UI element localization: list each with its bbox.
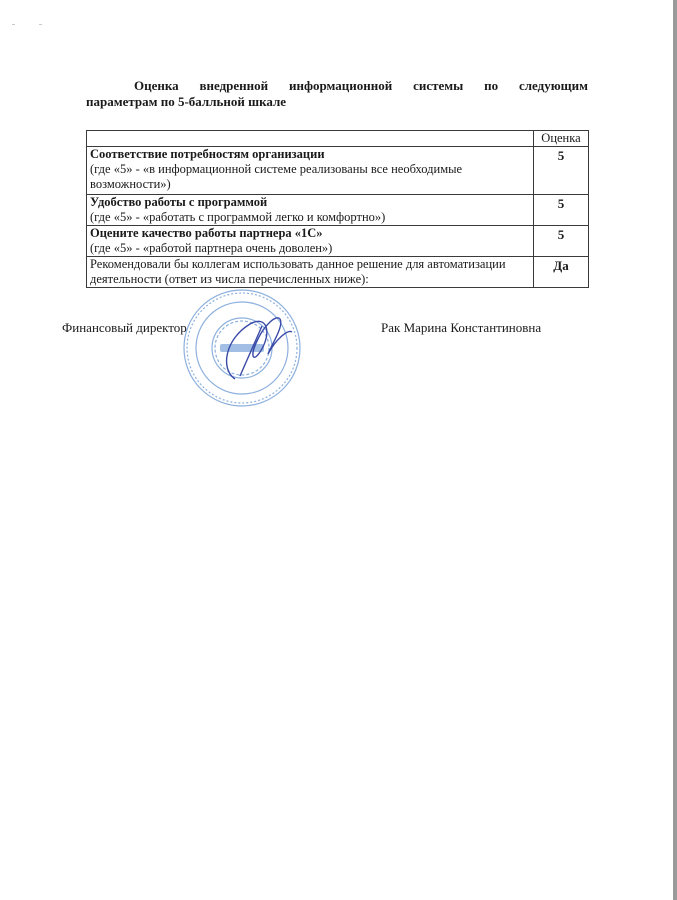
criterion-title: Удобство работы с программой [90, 195, 530, 210]
title-word: по [484, 78, 498, 94]
score-cell: 5 [534, 226, 589, 257]
score-cell: Да [534, 257, 589, 288]
rating-table: Оценка Соответствие потребностям организ… [86, 130, 589, 288]
criterion-title: Соответствие потребностям организации [90, 147, 530, 162]
table-row: Рекомендовали бы коллегам использовать д… [87, 257, 589, 288]
company-stamp-icon [180, 284, 310, 412]
table-header-row: Оценка [87, 131, 589, 147]
document-title: Оценка внедренной информационной системы… [86, 78, 588, 110]
criterion-cell: Соответствие потребностям организации (г… [87, 147, 534, 195]
criterion-cell: Рекомендовали бы коллегам использовать д… [87, 257, 534, 288]
header-score-cell: Оценка [534, 131, 589, 147]
criterion-cell: Оцените качество работы партнера «1С» (г… [87, 226, 534, 257]
title-word: Оценка [134, 78, 179, 94]
title-line-1: Оценка внедренной информационной системы… [86, 78, 588, 94]
criterion-description: (где «5» - «в информационной системе реа… [90, 162, 530, 192]
table-row: Оцените качество работы партнера «1С» (г… [87, 226, 589, 257]
title-line-2: параметрам по 5-балльной шкале [86, 94, 588, 110]
criterion-title: Оцените качество работы партнера «1С» [90, 226, 530, 241]
criterion-description: (где «5» - «работой партнера очень довол… [90, 241, 530, 256]
title-word: информационной [289, 78, 392, 94]
title-word: системы [413, 78, 463, 94]
page-edge [673, 0, 677, 900]
signatory-role: Финансовый директор [62, 320, 187, 336]
title-word: внедренной [200, 78, 269, 94]
signatory-name: Рак Марина Константиновна [381, 320, 541, 336]
table-row: Удобство работы с программой (где «5» - … [87, 195, 589, 226]
criterion-description: (где «5» - «работать с программой легко … [90, 210, 530, 225]
scan-speck [12, 24, 15, 25]
score-cell: 5 [534, 195, 589, 226]
table-row: Соответствие потребностям организации (г… [87, 147, 589, 195]
score-cell: 5 [534, 147, 589, 195]
criterion-cell: Удобство работы с программой (где «5» - … [87, 195, 534, 226]
title-word: следующим [519, 78, 588, 94]
scan-speck [39, 24, 42, 25]
criterion-description: Рекомендовали бы коллегам использовать д… [90, 257, 530, 287]
header-criterion-cell [87, 131, 534, 147]
